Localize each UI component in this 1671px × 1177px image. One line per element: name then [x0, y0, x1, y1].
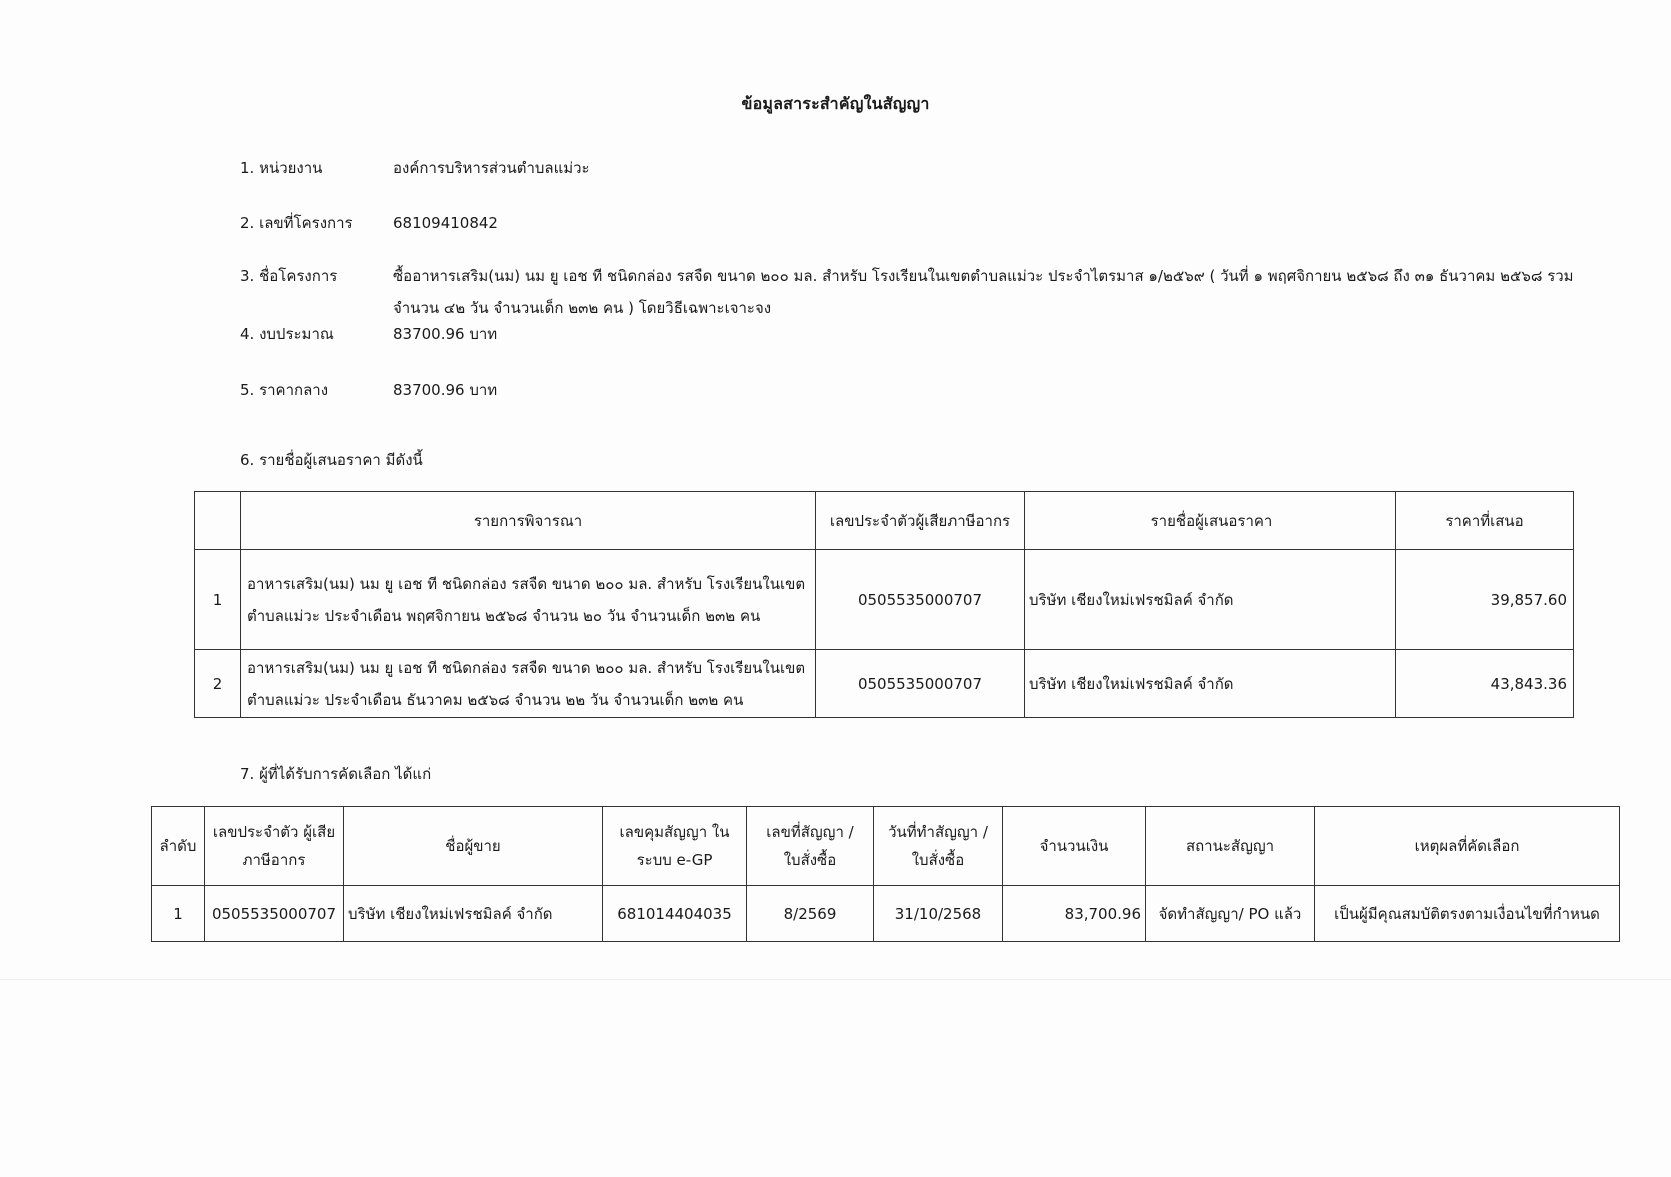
- contract-date: 31/10/2568: [874, 886, 1003, 942]
- table-row: 1 อาหารเสริม(นม) นม ยู เอช ที ชนิดกล่อง …: [195, 550, 1574, 650]
- field-median-price: 5. ราคากลาง 83700.96 บาท: [240, 374, 1583, 406]
- table-row: 1 0505535000707 บริษัท เชียงใหม่เฟรชมิลค…: [152, 886, 1620, 942]
- tax-id: 0505535000707: [205, 886, 344, 942]
- field-value: 83700.96 บาท: [393, 318, 1583, 350]
- column-header: วันที่ทำสัญญา / ใบสั่งซื้อ: [874, 807, 1003, 886]
- table-header-row: ลำดับ เลขประจำตัว ผู้เสียภาษีอากร ชื่อผู…: [152, 807, 1620, 886]
- contract-amount: 83,700.96: [1003, 886, 1146, 942]
- bidder-name: บริษัท เชียงใหม่เฟรชมิลค์ จำกัด: [1025, 650, 1396, 718]
- column-header: ชื่อผู้ขาย: [344, 807, 603, 886]
- field-label: 1. หน่วยงาน: [240, 152, 393, 184]
- field-label: 2. เลขที่โครงการ: [240, 207, 393, 239]
- bidders-table: รายการพิจารณา เลขประจำตัวผู้เสียภาษีอากร…: [194, 491, 1574, 718]
- column-header: ลำดับ: [152, 807, 205, 886]
- row-number: 1: [195, 550, 241, 650]
- seller-name: บริษัท เชียงใหม่เฟรชมิลค์ จำกัด: [344, 886, 603, 942]
- egp-control-number: 681014404035: [603, 886, 747, 942]
- selected-vendor-table: ลำดับ เลขประจำตัว ผู้เสียภาษีอากร ชื่อผู…: [151, 806, 1620, 942]
- field-project-number: 2. เลขที่โครงการ 68109410842: [240, 207, 1583, 239]
- column-header: เลขที่สัญญา / ใบสั่งซื้อ: [747, 807, 874, 886]
- section6-heading: 6. รายชื่อผู้เสนอราคา มีดังนี้: [240, 448, 423, 472]
- field-project-name: 3. ชื่อโครงการ ซื้ออาหารเสริม(นม) นม ยู …: [240, 260, 1583, 324]
- column-header: ราคาที่เสนอ: [1396, 492, 1574, 550]
- item-description: อาหารเสริม(นม) นม ยู เอช ที ชนิดกล่อง รส…: [241, 550, 816, 650]
- table-header-row: รายการพิจารณา เลขประจำตัวผู้เสียภาษีอากร…: [195, 492, 1574, 550]
- field-budget: 4. งบประมาณ 83700.96 บาท: [240, 318, 1583, 350]
- column-header: [195, 492, 241, 550]
- page-divider: [0, 979, 1671, 980]
- column-header: เลขคุมสัญญา ในระบบ e-GP: [603, 807, 747, 886]
- column-header: เหตุผลที่คัดเลือก: [1315, 807, 1620, 886]
- column-header: เลขประจำตัวผู้เสียภาษีอากร: [816, 492, 1025, 550]
- field-value: 83700.96 บาท: [393, 374, 1583, 406]
- contract-status: จัดทำสัญญา/ PO แล้ว: [1146, 886, 1315, 942]
- column-header: เลขประจำตัว ผู้เสียภาษีอากร: [205, 807, 344, 886]
- field-agency: 1. หน่วยงาน องค์การบริหารส่วนตำบลแม่วะ: [240, 152, 1583, 184]
- field-value: ซื้ออาหารเสริม(นม) นม ยู เอช ที ชนิดกล่อ…: [393, 260, 1583, 324]
- row-number: 1: [152, 886, 205, 942]
- tax-id: 0505535000707: [816, 650, 1025, 718]
- bid-price: 39,857.60: [1396, 550, 1574, 650]
- document-page: ข้อมูลสาระสำคัญในสัญญา 1. หน่วยงาน องค์ก…: [0, 0, 1671, 1177]
- bidder-name: บริษัท เชียงใหม่เฟรชมิลค์ จำกัด: [1025, 550, 1396, 650]
- document-title: ข้อมูลสาระสำคัญในสัญญา: [0, 92, 1671, 117]
- contract-number: 8/2569: [747, 886, 874, 942]
- row-number: 2: [195, 650, 241, 718]
- field-label: 5. ราคากลาง: [240, 374, 393, 406]
- column-header: รายการพิจารณา: [241, 492, 816, 550]
- item-description: อาหารเสริม(นม) นม ยู เอช ที ชนิดกล่อง รส…: [241, 650, 816, 718]
- selection-reason: เป็นผู้มีคุณสมบัติตรงตามเงื่อนไขที่กำหนด: [1315, 886, 1620, 942]
- section7-heading: 7. ผู้ที่ได้รับการคัดเลือก ได้แก่: [240, 762, 431, 786]
- bid-price: 43,843.36: [1396, 650, 1574, 718]
- field-value: องค์การบริหารส่วนตำบลแม่วะ: [393, 152, 1583, 184]
- column-header: สถานะสัญญา: [1146, 807, 1315, 886]
- column-header: รายชื่อผู้เสนอราคา: [1025, 492, 1396, 550]
- field-value: 68109410842: [393, 207, 1583, 239]
- field-label: 4. งบประมาณ: [240, 318, 393, 350]
- tax-id: 0505535000707: [816, 550, 1025, 650]
- column-header: จำนวนเงิน: [1003, 807, 1146, 886]
- table-row: 2 อาหารเสริม(นม) นม ยู เอช ที ชนิดกล่อง …: [195, 650, 1574, 718]
- field-label: 3. ชื่อโครงการ: [240, 260, 393, 324]
